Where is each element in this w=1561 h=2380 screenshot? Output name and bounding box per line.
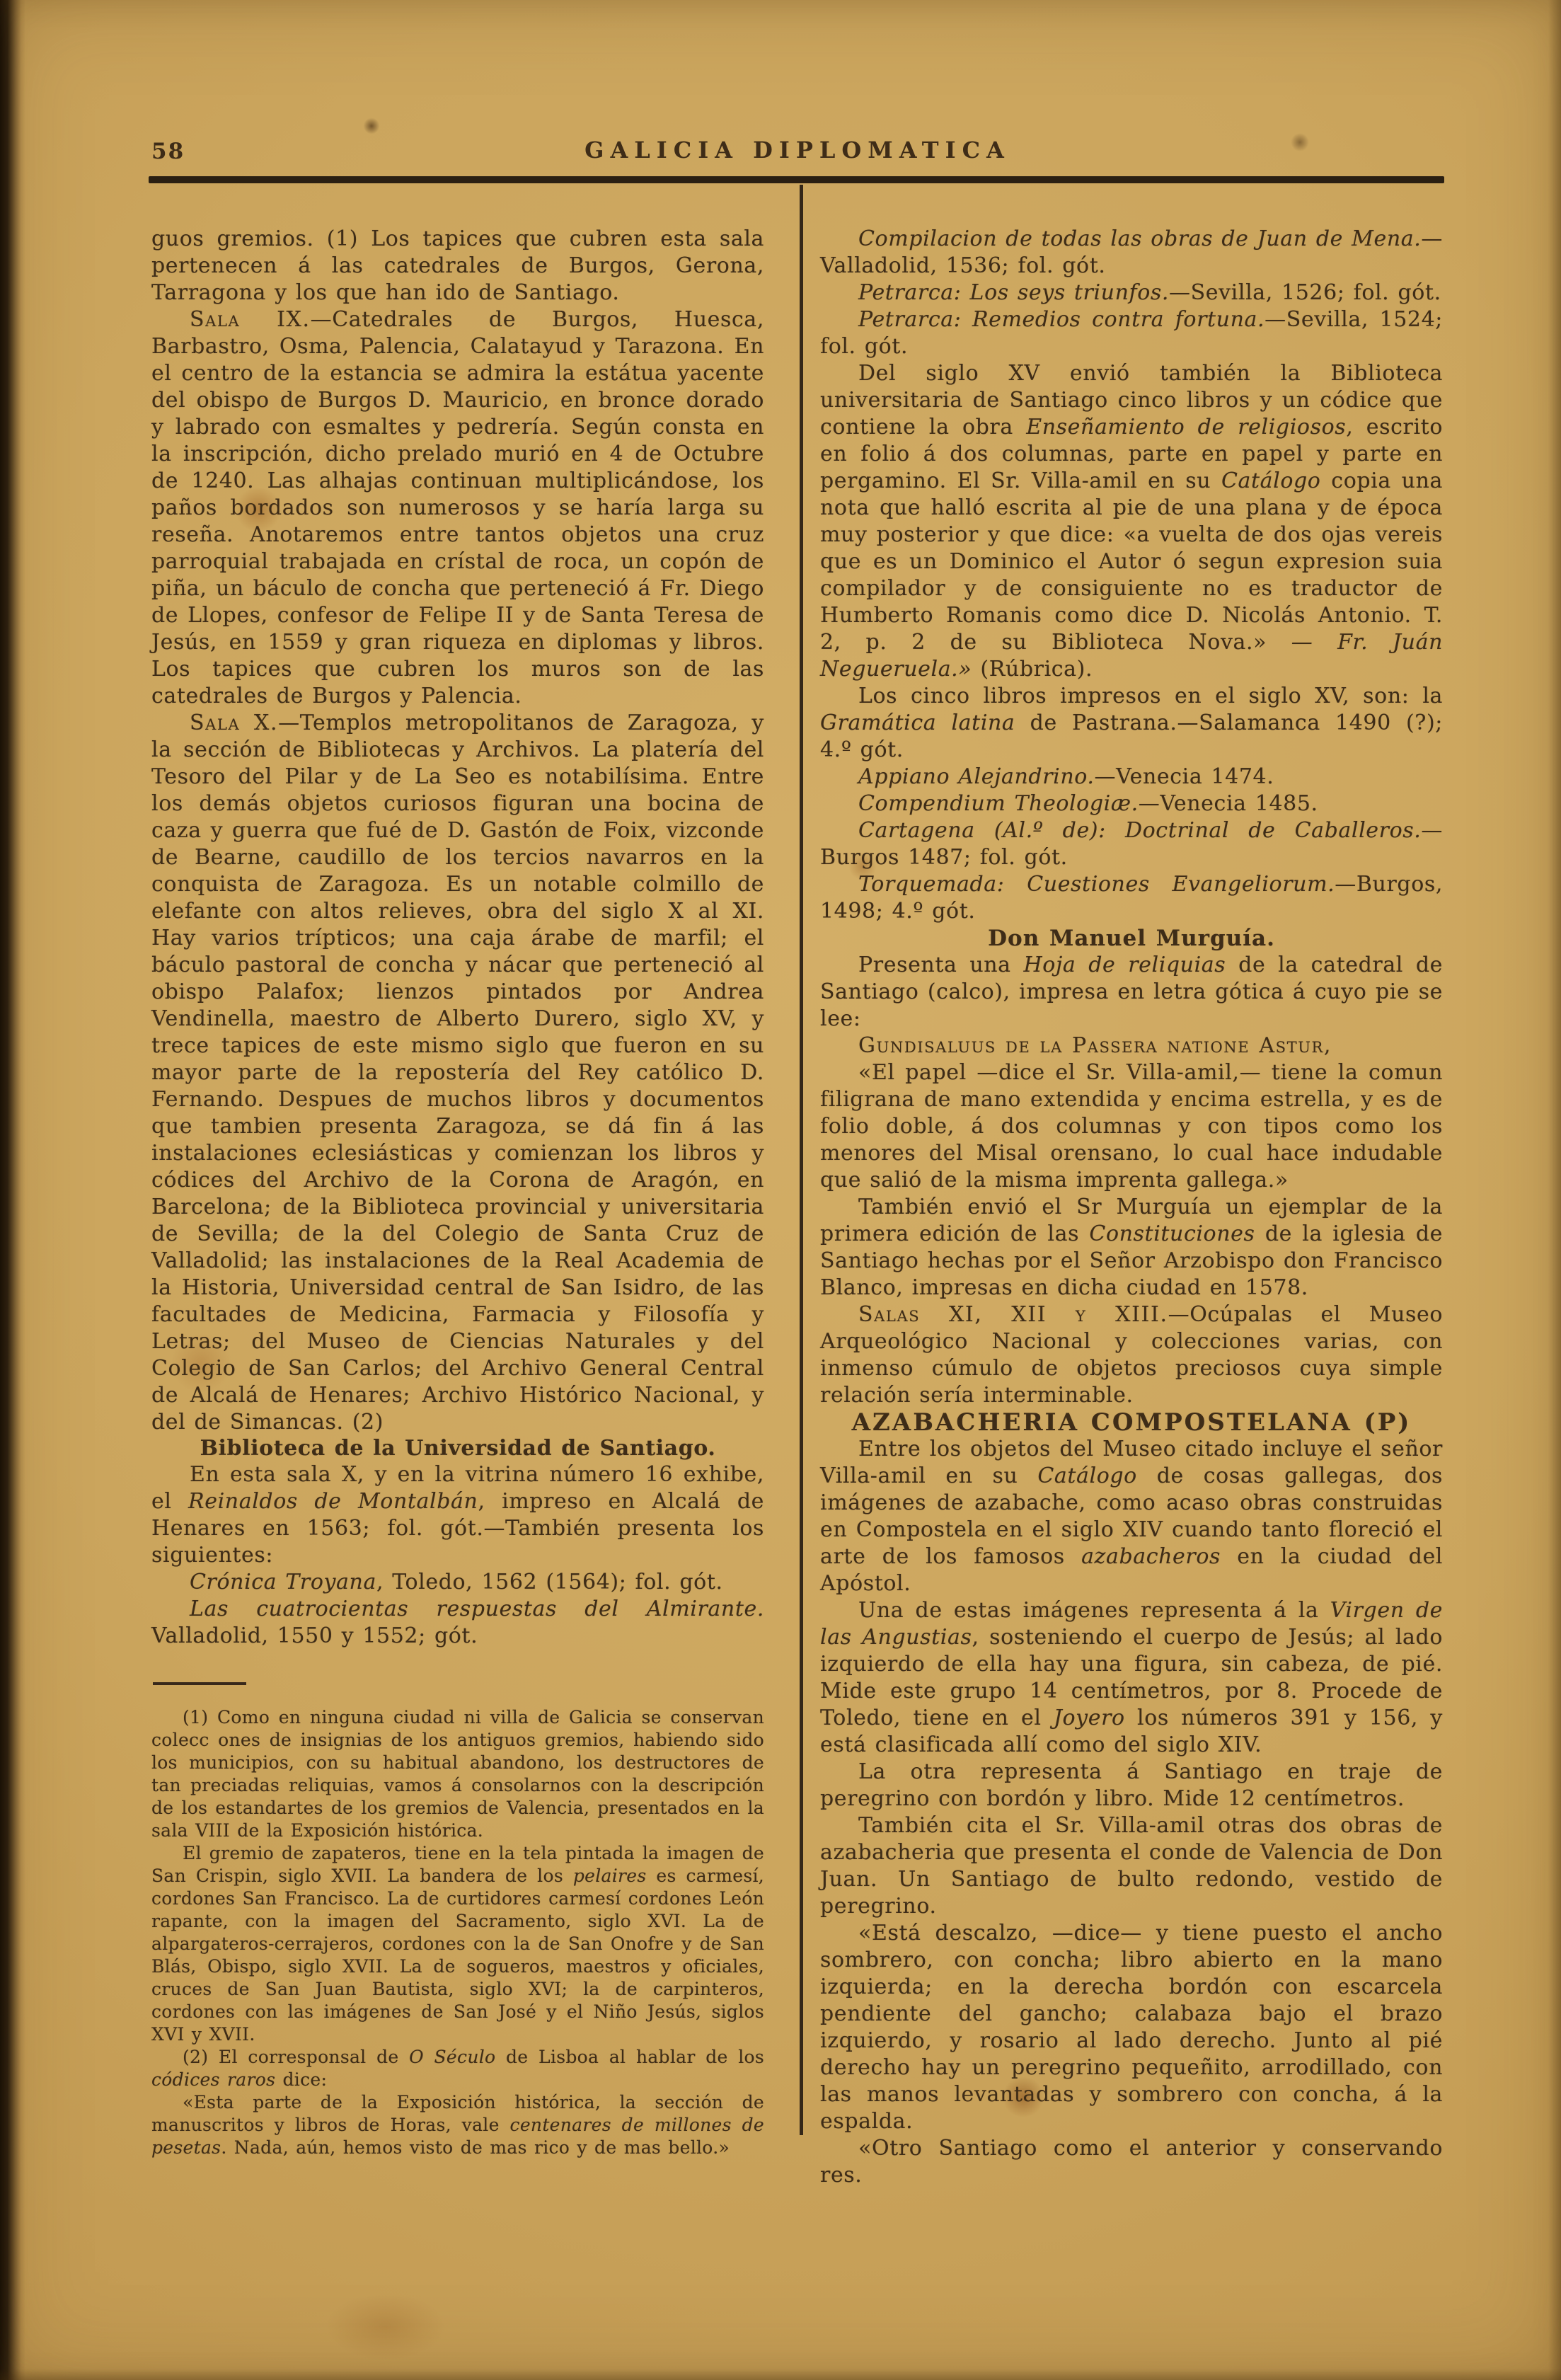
italic-text: azabacheros	[1081, 1544, 1221, 1569]
italic-text: Cartagena (Al.º de): Doctrinal de Caball…	[858, 818, 1421, 843]
heading-azabacheria-compostelana: AZABACHERIA COMPOSTELANA (P)	[820, 1409, 1443, 1436]
text-run: Una de estas imágenes representa á la	[858, 1598, 1330, 1623]
footnote-2: (2) El corresponsal de O Século de Lisbo…	[151, 2046, 764, 2091]
paragraph-cuatrocientas-respuestas: Las cuatrocientas respuestas del Almiran…	[151, 1596, 764, 1650]
italic-text: Appiano Alejandrino.	[858, 764, 1095, 789]
paper-stain	[326, 2293, 446, 2360]
text-run: Presenta una	[858, 953, 1024, 977]
heading-biblioteca-universidad: Biblioteca de la Universidad de Santiago…	[151, 1436, 764, 1461]
paragraph-petrarca-triunfos: Petrarca: Los seys triunfos.—Sevilla, 15…	[820, 280, 1443, 306]
smallcaps-text: Gundisaluus de la Passera natione Astur,	[858, 1033, 1332, 1058]
paper-stain	[362, 117, 381, 134]
text-run: También cita el Sr. Villa-amil otras dos…	[820, 1813, 1443, 1919]
footnote-1-continued: El gremio de zapateros, tiene en la tela…	[151, 1842, 764, 2046]
column-divider	[800, 185, 803, 2135]
italic-text: O Século	[409, 2047, 495, 2067]
text-run: (Rúbrica).	[972, 657, 1093, 682]
paragraph-el-papel: «El papel —dice el Sr. Villa-amil,— tien…	[820, 1059, 1443, 1194]
paragraph-esta-descalzo: «Está descalzo, —dice— y tiene puesto el…	[820, 1920, 1443, 2135]
paragraph-cinco-libros-codice: Del siglo XV envió también la Biblioteca…	[820, 360, 1443, 683]
heading-don-manuel-murguia: Don Manuel Murguía.	[820, 925, 1443, 952]
smallcaps-text: Salas XI, XII y XIII.	[858, 1302, 1168, 1327]
paragraph-sala-ix: Sala IX.—Catedrales de Burgos, Huesca, B…	[151, 306, 764, 710]
text-run: Valladolid, 1550 y 1552; gót.	[151, 1623, 478, 1648]
text-run: «Está descalzo, —dice— y tiene puesto el…	[820, 1921, 1443, 2134]
italic-text: Constituciones	[1089, 1221, 1255, 1246]
italic-text: Reinaldos de Montalbán	[188, 1489, 478, 1514]
paragraph-cartagena: Cartagena (Al.º de): Doctrinal de Caball…	[820, 817, 1443, 871]
paragraph-virgen-angustias: Una de estas imágenes representa á la Vi…	[820, 1597, 1443, 1759]
text-run: «El papel —dice el Sr. Villa-amil,— tien…	[820, 1060, 1443, 1192]
text-run: —Sevilla, 1526; fol. gót.	[1169, 280, 1441, 305]
text-run: copia una nota que halló escrita al pie …	[820, 468, 1443, 655]
text-run: —Templos metropolitanos de Zaragoza, y l…	[151, 711, 764, 1435]
left-column: guos gremios. (1) Los tapices que cubren…	[151, 226, 764, 2159]
paragraph-continuation: guos gremios. (1) Los tapices que cubren…	[151, 226, 764, 306]
italic-text: Gramática latina	[820, 711, 1015, 735]
text-run: —Venecia 1485.	[1139, 791, 1318, 816]
italic-text: Crónica Troyana	[190, 1570, 376, 1594]
text-run: guos gremios. (1) Los tapices que cubren…	[151, 226, 764, 305]
italic-text: Petrarca: Los seys triunfos.	[858, 280, 1169, 305]
smallcaps-text: Sala X.	[190, 711, 278, 735]
footnote-2-quote: «Esta parte de la Exposición histórica, …	[151, 2091, 764, 2159]
italic-text: Enseñamiento de religiosos	[1026, 415, 1346, 439]
text-run: —Venecia 1474.	[1095, 764, 1274, 789]
footnote-1: (1) Como en ninguna ciudad ni villa de G…	[151, 1706, 764, 1842]
paragraph-torquemada: Torquemada: Cuestiones Evangeliorum.—Bur…	[820, 871, 1443, 925]
text-run: de Lisboa al hablar de los	[495, 2047, 764, 2067]
italic-text: Catálogo	[1221, 468, 1321, 493]
text-run: (1) Como en ninguna ciudad ni villa de G…	[151, 1707, 764, 1841]
italic-text: Catálogo	[1037, 1464, 1137, 1488]
page-edge-shadow-bottom	[0, 2369, 1561, 2380]
page-spine-shadow	[0, 0, 25, 2380]
paragraph-otro-santiago: «Otro Santiago como el anterior y conser…	[820, 2135, 1443, 2189]
italic-text: pelaires	[573, 1866, 647, 1886]
text-run: AZABACHERIA COMPOSTELANA (P)	[852, 1408, 1412, 1437]
paragraph-appiano: Appiano Alejandrino.—Venecia 1474.	[820, 764, 1443, 791]
journal-title: GALICIA DIPLOMATICA	[151, 137, 1444, 163]
paragraph-museo-citado: Entre los objetos del Museo citado inclu…	[820, 1436, 1443, 1597]
scanned-page: 58 GALICIA DIPLOMATICA guos gremios. (1)…	[0, 0, 1561, 2380]
page-edge-shadow-right	[1548, 0, 1561, 2380]
text-run: La otra representa á Santiago en traje d…	[820, 1759, 1443, 1811]
paragraph-gramatica-pastrana: Los cinco libros impresos en el siglo XV…	[820, 683, 1443, 764]
text-run: «Otro Santiago como el anterior y conser…	[820, 2136, 1443, 2188]
italic-text: Hoja de reliquias	[1024, 953, 1226, 977]
italic-text: Torquemada: Cuestiones Evangeliorum.	[858, 872, 1335, 897]
italic-text: Las cuatrocientas respuestas del Almiran…	[190, 1597, 764, 1621]
paragraph-hoja-reliquias: Presenta una Hoja de reliquias de la cat…	[820, 952, 1443, 1033]
paragraph-conde-valencia: También cita el Sr. Villa-amil otras dos…	[820, 1812, 1443, 1920]
smallcaps-text: Sala IX.	[190, 307, 311, 332]
text-run: , Toledo, 1562 (1564); fol. gót.	[376, 1570, 723, 1594]
paragraph-gundisaluus: Gundisaluus de la Passera natione Astur,	[820, 1033, 1443, 1059]
paragraph-salas-xi-xiii: Salas XI, XII y XIII.—Ocúpalas el Museo …	[820, 1301, 1443, 1409]
paragraph-compendium: Compendium Theologiæ.—Venecia 1485.	[820, 791, 1443, 817]
text-run: dice:	[275, 2069, 327, 2090]
paragraph-constituciones: También envió el Sr Murguía un ejemplar …	[820, 1194, 1443, 1301]
text-run: Biblioteca de la Universidad de Santiago…	[200, 1436, 716, 1461]
paragraph-petrarca-remedios: Petrarca: Remedios contra fortuna.—Sevil…	[820, 306, 1443, 360]
text-run: es carmesí, cordones San Francisco. La d…	[151, 1866, 764, 2045]
footnote-separator-rule	[153, 1682, 246, 1685]
paragraph-cronica-troyana: Crónica Troyana, Toledo, 1562 (1564); fo…	[151, 1569, 764, 1596]
text-run: Don Manuel Murguía.	[988, 926, 1275, 951]
paragraph-sala-x: Sala X.—Templos metropolitanos de Zarago…	[151, 710, 764, 1436]
paragraph-juan-de-mena: Compilacion de todas las obras de Juan d…	[820, 226, 1443, 280]
text-run: . Nada, aún, hemos visto de mas rico y d…	[221, 2137, 730, 2158]
header-rule	[149, 176, 1444, 183]
right-column: Compilacion de todas las obras de Juan d…	[820, 226, 1443, 2189]
text-run: Los cinco libros impresos en el siglo XV…	[858, 684, 1443, 708]
paragraph-santiago-peregrino: La otra representa á Santiago en traje d…	[820, 1759, 1443, 1812]
italic-text: Compendium Theologiæ.	[858, 791, 1139, 816]
italic-text: códices raros	[151, 2069, 275, 2090]
paragraph-vitrina-16: En esta sala X, y en la vitrina número 1…	[151, 1461, 764, 1569]
text-run: (2) El corresponsal de	[183, 2047, 409, 2067]
italic-text: Compilacion de todas las obras de Juan d…	[858, 226, 1421, 251]
italic-text: Joyero	[1054, 1706, 1125, 1730]
text-run: —Catedrales de Burgos, Huesca, Barbastro…	[151, 307, 764, 708]
italic-text: Petrarca: Remedios contra fortuna.	[858, 307, 1265, 332]
